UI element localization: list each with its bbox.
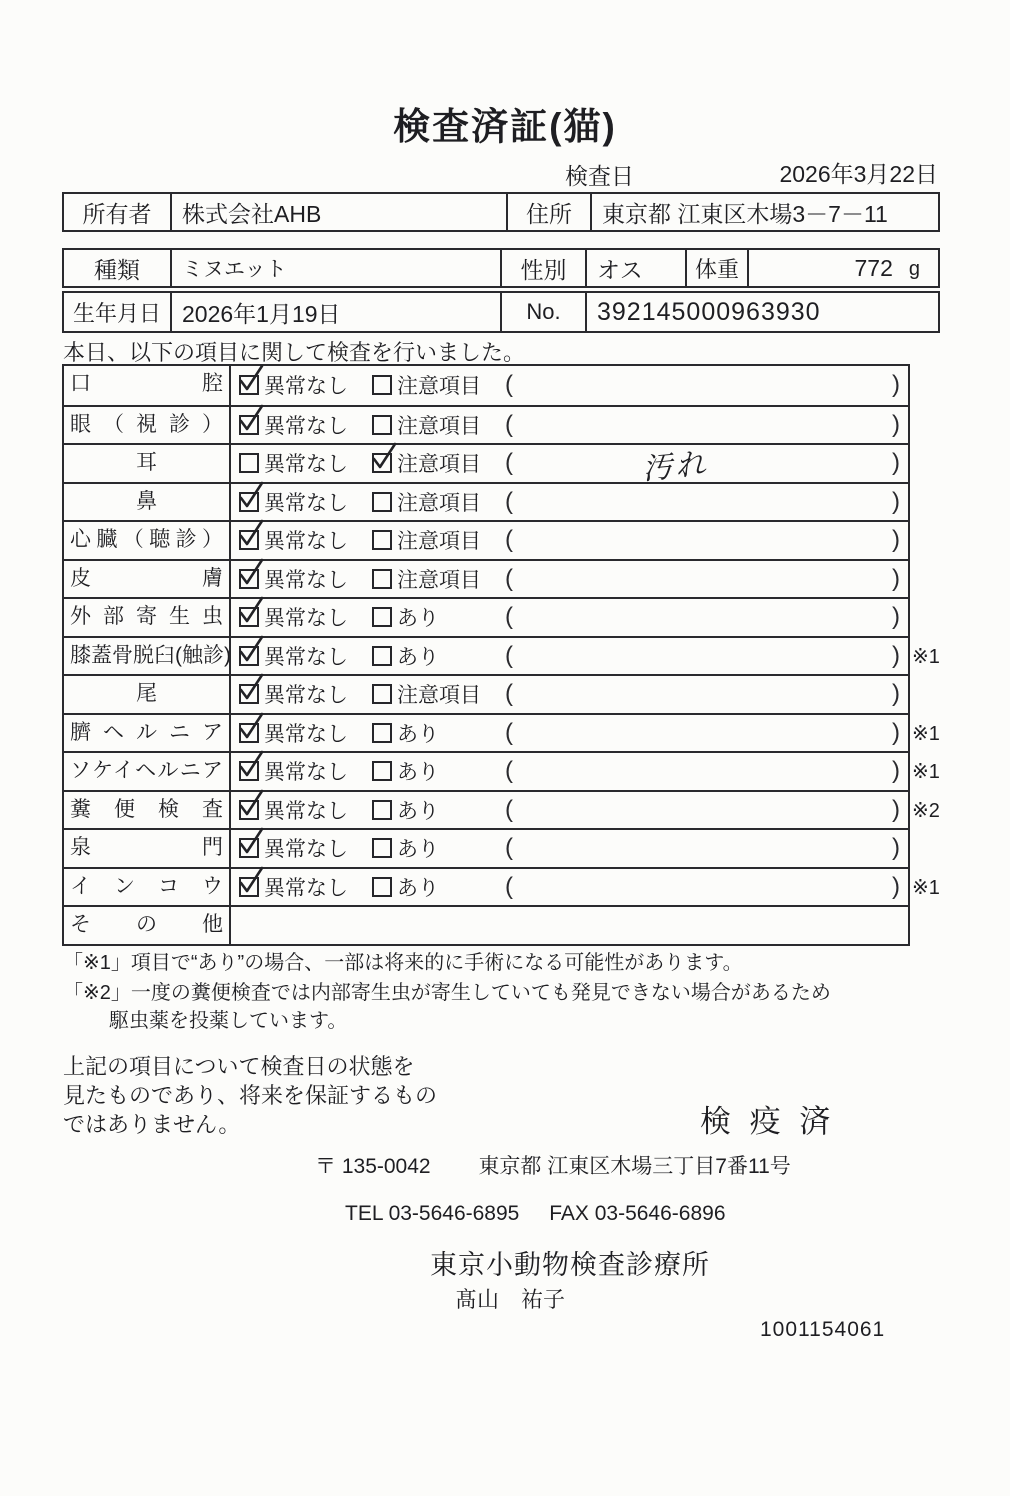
paren-close: ) [892, 719, 900, 747]
option-normal: 異常なし [239, 641, 372, 671]
disclaimer-line-2: 見たものであり、将来を保証するもの [63, 1081, 437, 1110]
exam-item-result: 異常なし 注意項目 ( ) [231, 676, 908, 713]
paren-close: ) [892, 371, 900, 399]
option-attention: 注意項目 [372, 679, 505, 709]
breed-value: ミヌエット [170, 250, 500, 286]
option-normal-label: 異常なし [264, 641, 348, 671]
checkbox-attention-icon [372, 838, 392, 858]
checkbox-normal-icon [239, 761, 259, 781]
option-normal: 異常なし [239, 564, 372, 594]
option-normal-label: 異常なし [264, 410, 348, 440]
check-mark-icon [238, 594, 265, 626]
paren-close: ) [892, 488, 900, 516]
exam-item-label: 鼻 [64, 484, 231, 521]
paren-close: ) [892, 796, 900, 824]
checklist-row: 皮膚 異常なし 注意項目 ( ) [64, 559, 908, 598]
paren-close: ) [892, 873, 900, 901]
checklist-row: 心臓（聴診） 異常なし 注意項目 ( ) [64, 520, 908, 559]
option-attention: あり [372, 718, 505, 748]
checkbox-attention-icon [372, 492, 392, 512]
disclaimer-text: 上記の項目について検査日の状態を 見たものであり、将来を保証するもの ではありま… [63, 1052, 437, 1139]
paren-close: ) [892, 834, 900, 862]
option-normal-label: 異常なし [264, 564, 348, 594]
page-title: 検査済証(猫) [0, 96, 1010, 150]
check-mark-icon [238, 748, 265, 780]
paren-close: ) [892, 565, 900, 593]
option-normal: 異常なし [239, 756, 372, 786]
option-normal-label: 異常なし [264, 679, 348, 709]
checkbox-attention-icon [372, 761, 392, 781]
exam-item-label: 眼（視診） [64, 407, 231, 444]
exam-item-label: 口腔 [64, 366, 231, 405]
paren-close: ) [892, 757, 900, 785]
owner-table: 所有者 株式会社AHB 住所 東京都 江東区木場3－7－11 [62, 192, 940, 232]
sex-value: オス [585, 250, 685, 286]
check-mark-icon [238, 402, 265, 434]
option-normal-label: 異常なし [264, 525, 348, 555]
option-attention: 注意項目 [372, 525, 505, 555]
intro-text: 本日、以下の項目に関して検査を行いました。 [63, 336, 525, 367]
option-normal-label: 異常なし [264, 872, 348, 902]
exam-item-label: 泉門 [64, 830, 231, 867]
checklist-row: その他 ( ) [64, 905, 908, 944]
paren-open: ( [505, 603, 513, 631]
exam-item-label: 膝蓋骨脱臼(触診) [64, 638, 231, 675]
checkbox-attention-icon [372, 877, 392, 897]
animal-info-row-1: 種類 ミヌエット 性別 オス 体重 772 g [62, 248, 940, 288]
option-attention: 注意項目 [372, 487, 505, 517]
breed-label: 種類 [64, 250, 170, 286]
option-attention-label: 注意項目 [397, 448, 481, 478]
paren-open: ( [505, 796, 513, 824]
option-normal-label: 異常なし [264, 756, 348, 786]
paren-open: ( [505, 834, 513, 862]
option-attention: あり [372, 833, 505, 863]
paren-close: ) [892, 411, 900, 439]
checkbox-attention-icon [372, 415, 392, 435]
option-normal: 異常なし [239, 872, 372, 902]
check-mark-icon [238, 710, 265, 742]
weight-unit: g [909, 258, 920, 281]
reference-mark: ※1 [912, 721, 964, 746]
option-normal: 異常なし [239, 602, 372, 632]
option-attention-label: 注意項目 [397, 370, 481, 400]
weight-label: 体重 [685, 250, 747, 286]
checkbox-normal-icon [239, 723, 259, 743]
footnote-2: 「※2」一度の糞便検査では内部寄生虫が寄生していても発見できない場合があるため [63, 976, 831, 1005]
option-attention-label: 注意項目 [397, 564, 481, 594]
clinic-address: 東京都 江東区木場三丁目7番11号 [478, 1155, 790, 1178]
reference-mark: ※1 [912, 759, 964, 784]
option-attention: 注意項目 [372, 564, 505, 594]
exam-item-label: 臍ヘルニア [64, 715, 231, 752]
checkbox-normal-icon [239, 569, 259, 589]
checklist-row: 泉門 異常なし あり ( ) [64, 828, 908, 867]
weight-value: 772 [855, 255, 893, 282]
option-normal: 異常なし [239, 448, 372, 478]
paren-open: ( [505, 719, 513, 747]
paren-close: ) [892, 449, 900, 477]
option-attention: 注意項目 [372, 410, 505, 440]
option-normal: 異常なし [239, 679, 372, 709]
check-mark-icon [371, 440, 398, 472]
checklist-row: 尾 異常なし 注意項目 ( ) [64, 674, 908, 713]
exam-item-label: その他 [64, 907, 231, 944]
option-attention-label: 注意項目 [397, 525, 481, 555]
option-normal-label: 異常なし [264, 448, 348, 478]
birthdate-value: 2026年1月19日 [170, 293, 500, 331]
birthdate-label: 生年月日 [64, 293, 170, 331]
paren-open: ( [505, 371, 513, 399]
exam-item-label: 皮膚 [64, 561, 231, 598]
footnote-2-continued: 駆虫薬を投薬しています。 [109, 1004, 347, 1033]
paren-open: ( [505, 565, 513, 593]
option-attention: あり [372, 602, 505, 632]
checklist-row: 膝蓋骨脱臼(触診) 異常なし あり ( ) ※1 [64, 636, 908, 675]
exam-item-label: 心臓（聴診） [64, 522, 231, 559]
clinic-tel: TEL 03-5646-6895 [345, 1202, 519, 1225]
check-mark-icon [238, 787, 265, 819]
checkbox-attention-icon [372, 646, 392, 666]
option-normal-label: 異常なし [264, 370, 348, 400]
exam-item-result: 異常なし 注意項目 ( ) [231, 407, 908, 444]
checklist-row: 口腔 異常なし 注意項目 ( ) [64, 366, 908, 405]
exam-item-result: 異常なし 注意項目 ( 汚れ ) [231, 445, 908, 482]
check-mark-icon [238, 825, 265, 857]
owner-value: 株式会社AHB [170, 194, 506, 230]
checklist-row: 鼻 異常なし 注意項目 ( ) [64, 482, 908, 521]
checklist-row: 糞便検査 異常なし あり ( ) ※2 [64, 790, 908, 829]
checkbox-attention-icon [372, 530, 392, 550]
checkbox-normal-icon [239, 800, 259, 820]
disclaimer-line-1: 上記の項目について検査日の状態を [63, 1052, 437, 1081]
exam-item-result: 異常なし あり ( ) [231, 715, 908, 752]
comment-area: 汚れ [513, 441, 892, 485]
checklist-row: 耳 異常なし 注意項目 ( 汚れ ) [64, 443, 908, 482]
checkbox-attention-icon [372, 723, 392, 743]
paren-open: ( [505, 757, 513, 785]
certificate-page: 検査済証(猫) 検査日 2026年3月22日 所有者 株式会社AHB 住所 東京… [0, 0, 1010, 1496]
option-normal: 異常なし [239, 525, 372, 555]
paren-open: ( [505, 488, 513, 516]
checklist-row: 外部寄生虫 異常なし あり ( ) [64, 597, 908, 636]
paren-close: ) [892, 642, 900, 670]
exam-item-result: 異常なし 注意項目 ( ) [231, 522, 908, 559]
checklist-row: ソケイヘルニア 異常なし あり ( ) ※1 [64, 751, 908, 790]
clinic-phone-line: TEL 03-5646-6895 FAX 03-5646-6896 [345, 1202, 726, 1226]
exam-item-result: 異常なし あり ( ) [231, 753, 908, 790]
veterinarian-name: 髙山 祐子 [455, 1283, 565, 1314]
inspection-date-label: 検査日 [565, 158, 634, 191]
id-number-label: No. [500, 293, 585, 331]
address-value: 東京都 江東区木場3－7－11 [590, 194, 938, 230]
checkbox-normal-icon [239, 838, 259, 858]
clinic-name: 東京小動物検査診療所 [430, 1243, 710, 1282]
checkbox-normal-icon [239, 684, 259, 704]
check-mark-icon [238, 633, 265, 665]
option-attention-label: あり [397, 833, 439, 863]
weight-value-cell: 772 g [747, 250, 938, 286]
check-mark-icon [238, 671, 265, 703]
exam-item-result: 異常なし あり ( ) [231, 792, 908, 829]
footnote-1: 「※1」項目で“あり”の場合、一部は将来的に手術になる可能性があります。 [63, 946, 743, 975]
exam-item-result: 異常なし あり ( ) [231, 638, 908, 675]
quarantine-passed-stamp: 検 疫 済 [700, 1096, 835, 1141]
checkbox-attention-icon [372, 375, 392, 395]
inspection-date-value: 2026年3月22日 [779, 156, 938, 189]
checkbox-normal-icon [239, 492, 259, 512]
checkbox-normal-icon [239, 607, 259, 627]
check-mark-icon [238, 479, 265, 511]
option-normal-label: 異常なし [264, 795, 348, 825]
option-attention-label: あり [397, 718, 439, 748]
checkbox-normal-icon [239, 453, 259, 473]
checkbox-normal-icon [239, 415, 259, 435]
paren-close: ) [892, 680, 900, 708]
sex-label: 性別 [500, 250, 585, 286]
option-normal-label: 異常なし [264, 602, 348, 632]
option-normal: 異常なし [239, 410, 372, 440]
option-normal-label: 異常なし [264, 487, 348, 517]
checklist-row: インコウ 異常なし あり ( ) ※1 [64, 867, 908, 906]
id-number-value: 392145000963930 [585, 293, 938, 331]
reference-mark: ※1 [912, 875, 964, 900]
option-attention: あり [372, 756, 505, 786]
option-attention-label: あり [397, 872, 439, 902]
check-mark-icon [238, 556, 265, 588]
option-attention-label: あり [397, 641, 439, 671]
paren-open: ( [505, 449, 513, 477]
option-attention-label: あり [397, 602, 439, 632]
option-attention: あり [372, 795, 505, 825]
exam-item-result: 異常なし あり ( ) [231, 830, 908, 867]
option-attention-label: あり [397, 756, 439, 786]
exam-item-label: 外部寄生虫 [64, 599, 231, 636]
check-mark-icon [238, 362, 265, 394]
option-normal: 異常なし [239, 795, 372, 825]
checkbox-attention-icon [372, 569, 392, 589]
checkbox-normal-icon [239, 375, 259, 395]
option-normal: 異常なし [239, 718, 372, 748]
paren-open: ( [505, 873, 513, 901]
checkbox-normal-icon [239, 530, 259, 550]
checkbox-normal-icon [239, 646, 259, 666]
checklist-table: 口腔 異常なし 注意項目 ( ) 眼（視診） 異常なし [62, 364, 910, 946]
option-attention-label: あり [397, 795, 439, 825]
reference-mark: ※2 [912, 798, 964, 823]
option-attention-label: 注意項目 [397, 487, 481, 517]
paren-open: ( [505, 680, 513, 708]
exam-item-result: ( ) [231, 907, 908, 944]
checkbox-attention-icon [372, 453, 392, 473]
paren-open: ( [505, 526, 513, 554]
exam-item-label: 耳 [64, 445, 231, 482]
option-normal-label: 異常なし [264, 718, 348, 748]
checkbox-attention-icon [372, 800, 392, 820]
option-attention: 注意項目 [372, 370, 505, 400]
checkbox-normal-icon [239, 877, 259, 897]
exam-item-label: ソケイヘルニア [64, 753, 231, 790]
exam-item-label: 尾 [64, 676, 231, 713]
animal-info-row-2: 生年月日 2026年1月19日 No. 392145000963930 [62, 291, 940, 333]
exam-item-result: 異常なし あり ( ) [231, 599, 908, 636]
exam-item-label: インコウ [64, 869, 231, 906]
check-mark-icon [238, 517, 265, 549]
clinic-postal-line: 〒 135-0042 東京都 江東区木場三丁目7番11号 [315, 1150, 791, 1180]
option-attention-label: 注意項目 [397, 410, 481, 440]
postal-code: 〒 135-0042 [315, 1155, 431, 1178]
checkbox-attention-icon [372, 607, 392, 627]
owner-label: 所有者 [64, 194, 170, 230]
option-attention: あり [372, 641, 505, 671]
option-normal: 異常なし [239, 833, 372, 863]
exam-item-result: 異常なし 注意項目 ( ) [231, 484, 908, 521]
paren-close: ) [892, 603, 900, 631]
check-mark-icon [238, 864, 265, 896]
exam-item-result: 異常なし 注意項目 ( ) [231, 561, 908, 598]
option-normal-label: 異常なし [264, 833, 348, 863]
serial-number: 1001154061 [760, 1318, 885, 1342]
option-attention: 注意項目 [372, 448, 505, 478]
exam-item-label: 糞便検査 [64, 792, 231, 829]
option-normal: 異常なし [239, 487, 372, 517]
disclaimer-line-3: ではありません。 [63, 1110, 437, 1139]
exam-item-result: 異常なし 注意項目 ( ) [231, 366, 908, 405]
clinic-fax: FAX 03-5646-6896 [549, 1202, 725, 1225]
paren-open: ( [505, 411, 513, 439]
paren-open: ( [505, 642, 513, 670]
address-label: 住所 [506, 194, 590, 230]
checklist-row: 臍ヘルニア 異常なし あり ( ) ※1 [64, 713, 908, 752]
checkbox-attention-icon [372, 684, 392, 704]
paren-close: ) [892, 526, 900, 554]
checklist-row: 眼（視診） 異常なし 注意項目 ( ) [64, 405, 908, 444]
reference-mark: ※1 [912, 644, 964, 669]
option-attention-label: 注意項目 [397, 679, 481, 709]
exam-item-result: 異常なし あり ( ) [231, 869, 908, 906]
option-attention: あり [372, 872, 505, 902]
option-normal: 異常なし [239, 370, 372, 400]
